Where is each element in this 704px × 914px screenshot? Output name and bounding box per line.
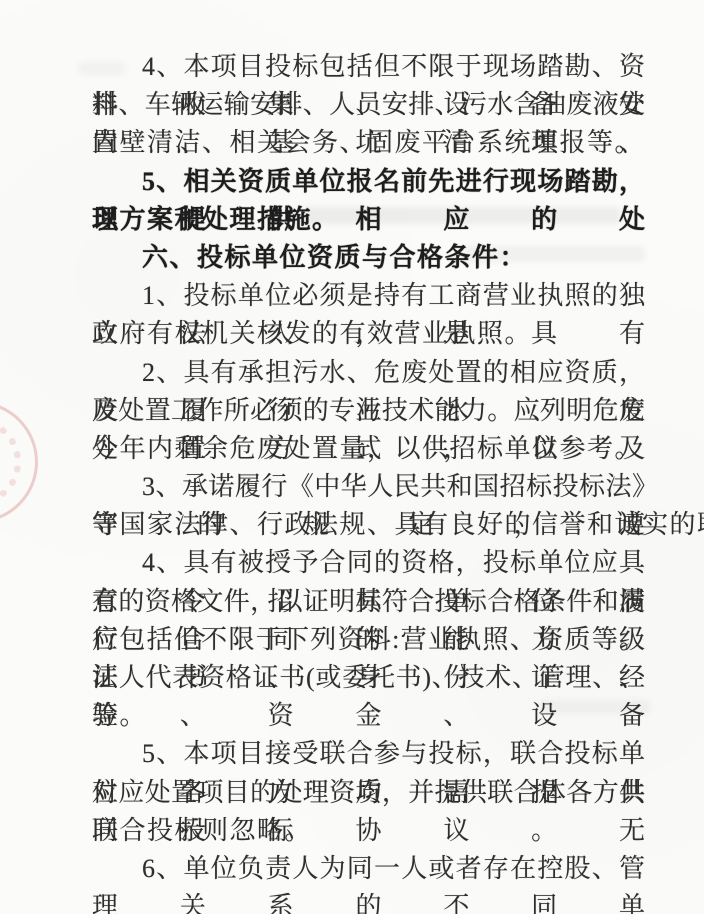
document-line: 守国家法律、行政法规、具有良好的信誉和诚实的职业道德。: [92, 506, 645, 544]
document-line: 3、承诺履行《中华人民共和国招标投标法》等的规定，遵: [92, 468, 645, 506]
document-line: 1、投标单位必须是持有工商营业执照的独立法人，是具有: [92, 277, 645, 315]
document-line: 应包括但不限于下列资料:营业执照、资质等级证书、身份证、: [92, 621, 645, 659]
document-line: 5、相关资质单位报名前先进行现场踏勘，以提供相应的处: [92, 163, 645, 201]
document-line: 内壁清洁、相关会务、固废平台系统填报等。: [92, 124, 645, 162]
document-line: 4、本项目投标包括但不限于现场踏勘、资料收集、设备安: [92, 48, 645, 86]
document-line: 5、本项目接受联合参与投标，联合投标单位各方均需提供: [92, 735, 645, 773]
document-line: 4、具有被授予合同的资格，投标单位应具有令招标单位满: [92, 544, 645, 582]
document-line: 今年内剩余危废处置量，以供招标单位参考。: [92, 430, 645, 468]
document-line: 法人代表资格证书(或委托书)、技术、管理、经验、资金、设备: [92, 659, 645, 697]
document-line: 2、具有承担污水、危废处置的相应资质，及履行污水、危: [92, 354, 645, 392]
document-line: 6、单位负责人为同一人或者存在控股、管理关系的不同单: [92, 850, 645, 888]
red-seal-stamp: [0, 401, 38, 523]
document-line: 对应处置项目的处理资质，并提供联合体各方共同投标协议。无: [92, 774, 645, 812]
text-block: 4、本项目投标包括但不限于现场踏勘、资料收集、设备安排、车辆运输安排、人员安排、…: [92, 48, 645, 888]
document-line: 六、投标单位资质与合格条件：: [92, 239, 645, 277]
document-line: 意的资格文件，以证明其符合投标合格条件和履行合同的能力。: [92, 583, 645, 621]
document-line: 废处置工作所必须的专业技术能力。应列明危废处置方式，以及: [92, 392, 645, 430]
red-seal-stamp-ring: [0, 418, 21, 506]
document-line: 排、车辆运输安排、人员安排、污水含油废液处置、基坑清理、: [92, 86, 645, 124]
document-page: 4、本项目投标包括但不限于现场踏勘、资料收集、设备安排、车辆运输安排、人员安排、…: [0, 0, 704, 914]
